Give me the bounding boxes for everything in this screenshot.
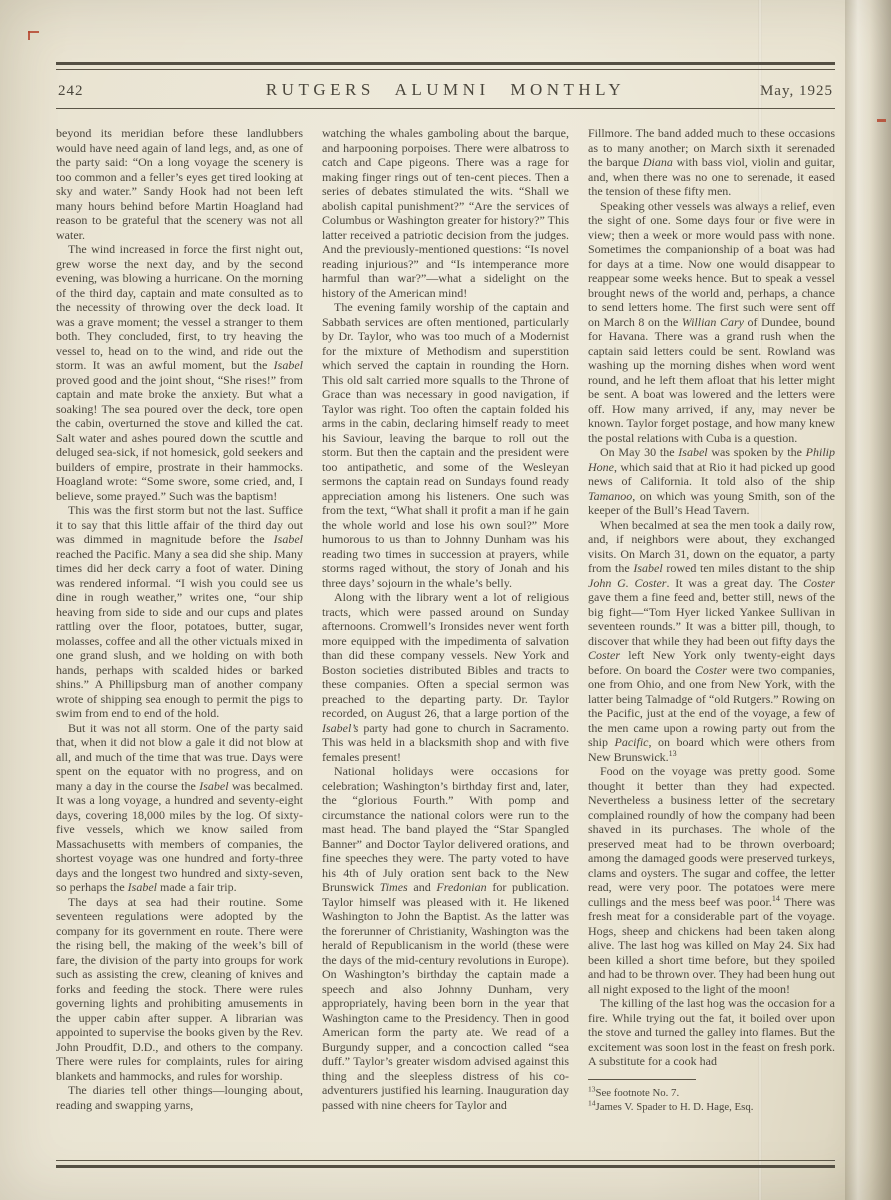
red-mark — [877, 119, 886, 122]
red-mark — [28, 31, 30, 40]
paragraph: The killing of the last hog was the occa… — [588, 996, 835, 1069]
paragraph: When becalmed at sea the men took a dail… — [588, 518, 835, 765]
paragraph: The days at sea had their routine. Some … — [56, 895, 303, 1084]
text-column-3: Fillmore. The band added much to these o… — [588, 126, 835, 1156]
text-columns: beyond its meridian before these landlub… — [56, 126, 835, 1156]
paragraph: The evening family worship of the captai… — [322, 300, 569, 590]
masthead: 242 RUTGERS ALUMNI MONTHLY May, 1925 — [56, 62, 835, 109]
bottom-rule-thick — [56, 1165, 835, 1168]
paragraph: Speaking other vessels was always a reli… — [588, 199, 835, 446]
paragraph: The wind increased in force the first ni… — [56, 242, 303, 503]
journal-title: RUTGERS ALUMNI MONTHLY — [178, 80, 713, 100]
magazine-page: 242 RUTGERS ALUMNI MONTHLY May, 1925 bey… — [0, 0, 891, 1200]
footnotes: 13See footnote No. 7.14James V. Spader t… — [588, 1079, 835, 1114]
text-column-1: beyond its meridian before these landlub… — [56, 126, 303, 1156]
paragraph: Fillmore. The band added much to these o… — [588, 126, 835, 199]
paragraph: Along with the library went a lot of rel… — [322, 590, 569, 764]
paragraph: watching the whales gamboling about the … — [322, 126, 569, 300]
footnote: 13See footnote No. 7. — [588, 1086, 835, 1100]
footnote-rule — [588, 1079, 696, 1080]
paragraph: This was the first storm but not the las… — [56, 503, 303, 721]
page-footer-rules — [56, 1160, 835, 1168]
paragraph: Food on the voyage was pretty good. Some… — [588, 764, 835, 996]
paragraph: The diaries tell other things—lounging a… — [56, 1083, 303, 1112]
paragraph: beyond its meridian before these landlub… — [56, 126, 303, 242]
paragraph: On May 30 the Isabel was spoken by the P… — [588, 445, 835, 518]
text-column-2: watching the whales gamboling about the … — [322, 126, 569, 1156]
footnote: 14James V. Spader to H. D. Hage, Esq. — [588, 1100, 835, 1114]
issue-date: May, 1925 — [713, 83, 833, 100]
paper-fold-edge — [845, 0, 891, 1200]
paragraph: National holidays were occasions for cel… — [322, 764, 569, 1112]
masthead-bottom-rule — [56, 108, 835, 109]
paragraph: But it was not all storm. One of the par… — [56, 721, 303, 895]
page-number: 242 — [58, 83, 178, 100]
